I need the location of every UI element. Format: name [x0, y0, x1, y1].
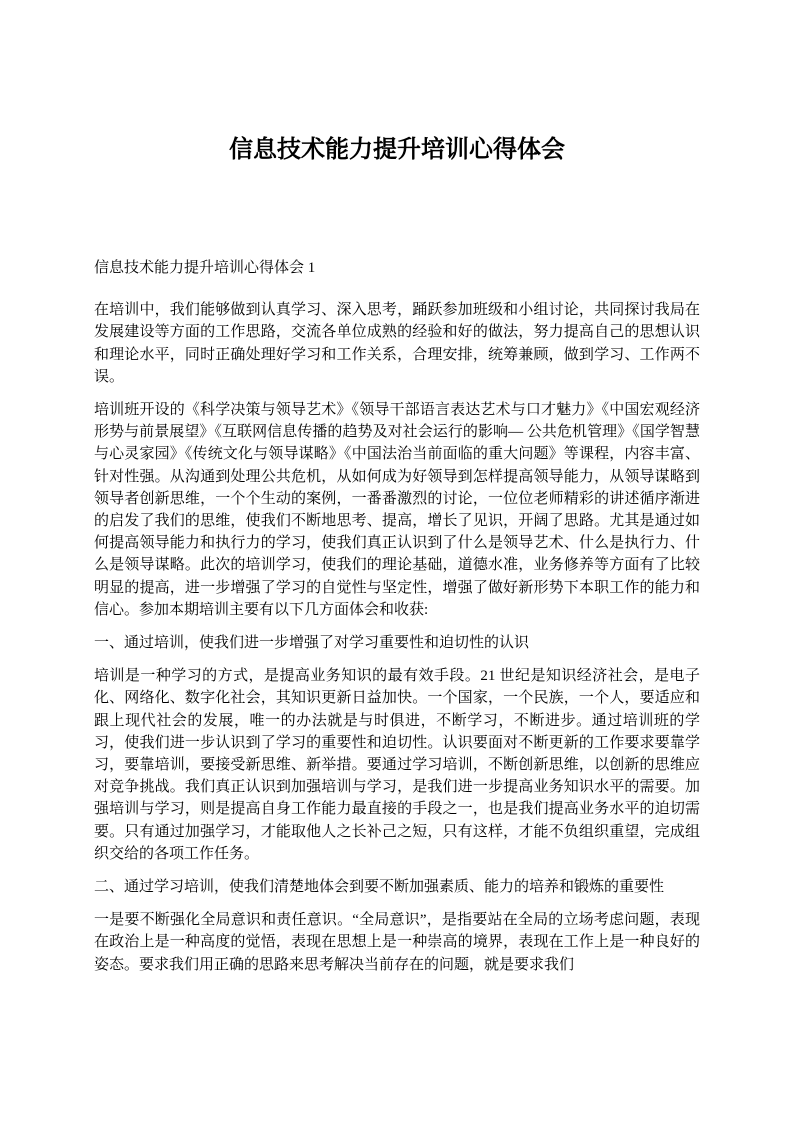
- document-page: 信息技术能力提升培训心得体会 信息技术能力提升培训心得体会 1 在培训中，我们能…: [0, 0, 793, 1122]
- section-body-1: 培训是一种学习的方式，是提高业务知识的最有效手段。21 世纪是知识经济社会，是电…: [94, 665, 700, 865]
- document-title: 信息技术能力提升培训心得体会: [94, 135, 700, 165]
- intro-paragraph-1: 在培训中，我们能够做到认真学习、深入思考，踊跃参加班级和小组讨论，共同探讨我局在…: [94, 299, 700, 388]
- section-heading-1: 一、通过培训，使我们进一步增强了对学习重要性和迫切性的认识: [94, 632, 700, 654]
- document-subtitle: 信息技术能力提升培训心得体会 1: [94, 257, 700, 279]
- section-body-2: 一是要不断强化全局意识和责任意识。“全局意识”，是指要站在全局的立场考虑问题，表…: [94, 909, 700, 976]
- section-heading-2: 二、通过学习培训，使我们清楚地体会到要不断加强素质、能力的培养和锻炼的重要性: [94, 876, 700, 898]
- intro-paragraph-2: 培训班开设的《科学决策与领导艺术》《领导干部语言表达艺术与口才魅力》《中国宏观经…: [94, 399, 700, 621]
